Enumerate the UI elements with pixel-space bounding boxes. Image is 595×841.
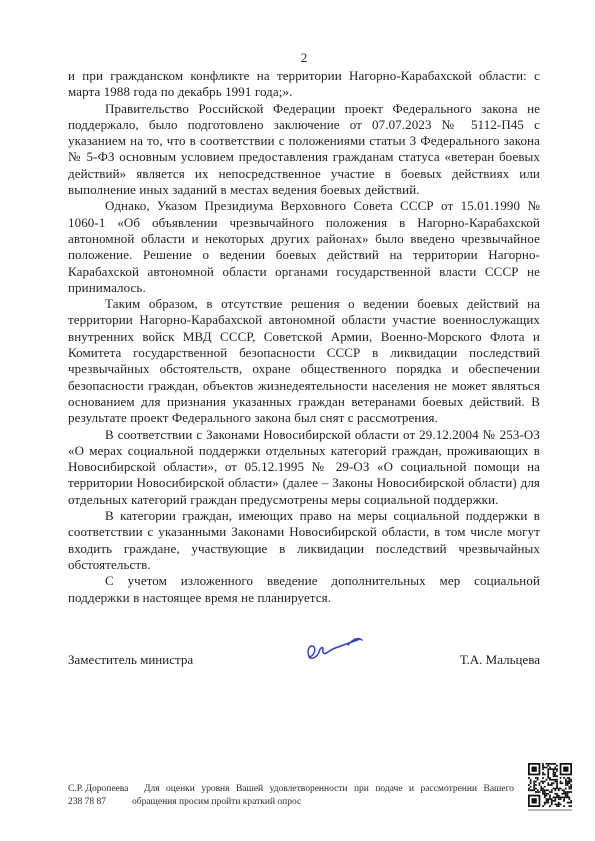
qr-caption <box>528 809 572 811</box>
footer: С.Р. Доропеева 238 78 87 Для оценки уров… <box>68 763 572 823</box>
paragraph: и при гражданском конфликте на территори… <box>68 68 540 101</box>
document-body: и при гражданском конфликте на территори… <box>68 68 540 606</box>
paragraph: Правительство Российской Федерации проек… <box>68 101 540 199</box>
paragraph: В категории граждан, имеющих право на ме… <box>68 508 540 573</box>
paragraph: Таким образом, в отсутствие решения о ве… <box>68 296 540 426</box>
signature-stroke <box>308 639 362 659</box>
qr-code <box>528 763 572 811</box>
survey-note: Для оценки уровня Вашей удовлетворенност… <box>132 783 514 809</box>
signer-name: Т.А. Мальцева <box>460 652 540 668</box>
handwritten-signature-icon <box>298 632 370 670</box>
paragraph: С учетом изложенного введение дополнител… <box>68 573 540 606</box>
document-page: 2 и при гражданском конфликте на террито… <box>0 0 595 841</box>
page-number: 2 <box>68 50 540 66</box>
signer-title: Заместитель министра <box>68 652 193 668</box>
paragraph: В соответствии с Законами Новосибирской … <box>68 427 540 508</box>
paragraph: Однако, Указом Президиума Верховного Сов… <box>68 198 540 296</box>
qr-pattern <box>528 763 572 807</box>
